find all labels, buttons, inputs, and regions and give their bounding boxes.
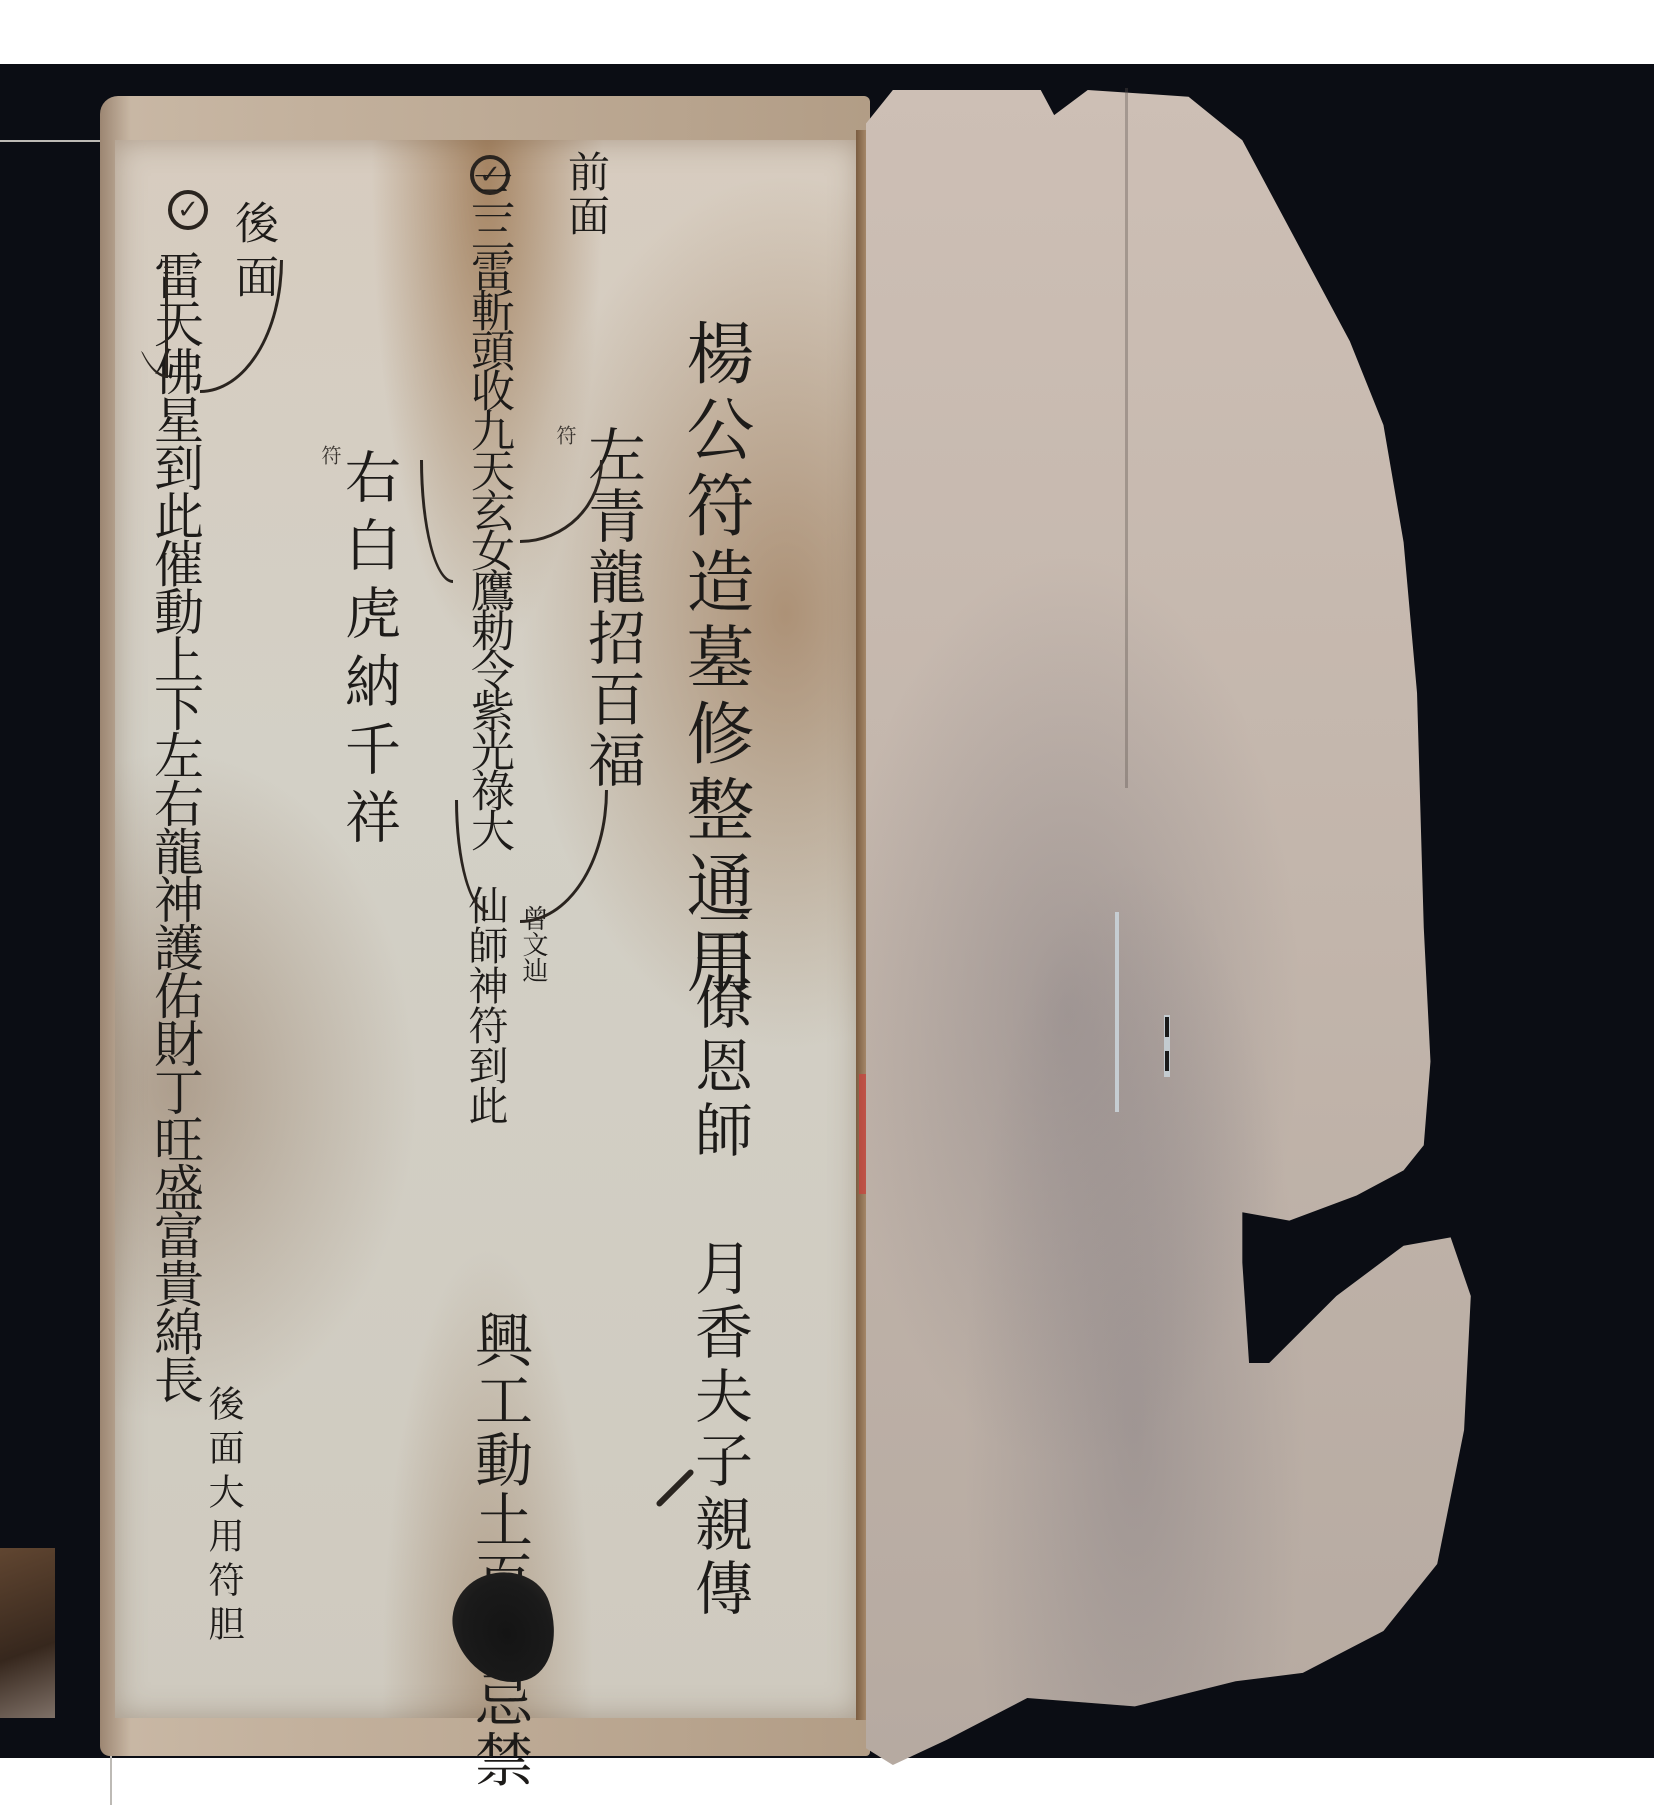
cover-mark [1164,1015,1170,1077]
small-mark-front: 符 [555,425,575,445]
front-talisman-end: 興工動土百無忌禁 [470,1310,528,1790]
back-note: 後面大用符胆 [205,1385,241,1649]
check-circle-icon: ✓ [168,190,208,230]
red-page-tab [859,1074,867,1194]
baihu-line: 右白虎納千祥 [340,448,396,856]
back-talisman: 雷天佛星到此催動上下左右龍神護佑財丁旺盛富貴綿長 [150,250,200,1402]
cover-scratch [1115,912,1119,1112]
front-label: 前面 [565,150,607,238]
manuscript-title: 楊公符造墓修整通用 [680,318,748,1002]
frame-edge [0,140,112,1805]
cover-crease [1125,88,1128,788]
small-mark-back: 符 [320,445,340,465]
transmission-line: 三僚恩師 月香夫子親傳 [690,908,748,1622]
front-talisman-lower: 仙師神符到此 [465,885,505,1125]
